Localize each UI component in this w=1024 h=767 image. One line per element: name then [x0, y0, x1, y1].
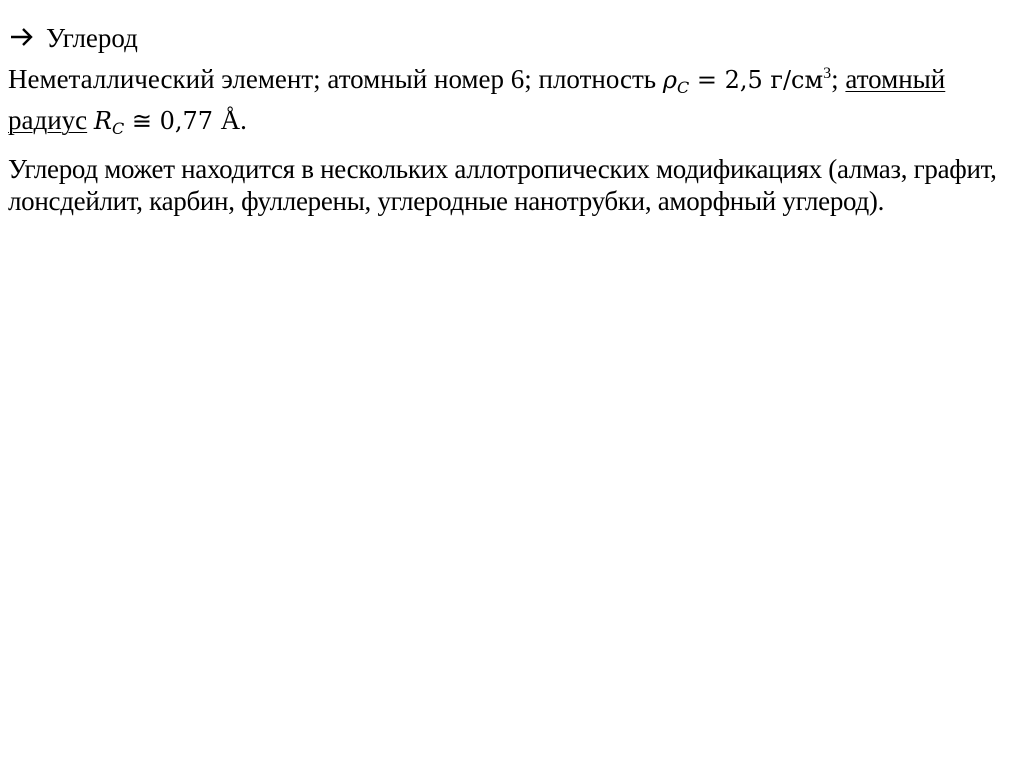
radius-value: ≅ 0,77: [124, 107, 220, 135]
separator: ;: [831, 64, 845, 94]
density-symbol: ρ: [663, 66, 677, 94]
density-value: = 2,5: [689, 66, 770, 94]
allotropes-paragraph: Углерод может находится в нескольких алл…: [8, 153, 1018, 217]
radius-unit: Å.: [221, 105, 247, 135]
slide: Углерод Неметаллический элемент; атомный…: [0, 0, 1024, 767]
radius-subscript: C: [112, 119, 124, 138]
density-unit: г/см: [770, 66, 823, 94]
atomic-radius-label-part1: атомный: [845, 64, 945, 94]
density-unit-exponent: 3: [823, 65, 831, 82]
arrow-right-icon: [10, 22, 34, 54]
radius-symbol: R: [94, 107, 112, 135]
atomic-radius-label-part2: радиус: [8, 105, 87, 135]
density-subscript: C: [677, 78, 689, 97]
heading-text: Углерод: [46, 22, 138, 54]
element-properties-paragraph: Неметаллический элемент; атомный номер 6…: [8, 58, 1018, 145]
properties-intro: Неметаллический элемент; атомный номер 6…: [8, 64, 663, 94]
slide-heading: Углерод: [8, 20, 1018, 56]
slide-content: Углерод Неметаллический элемент; атомный…: [8, 20, 1018, 223]
